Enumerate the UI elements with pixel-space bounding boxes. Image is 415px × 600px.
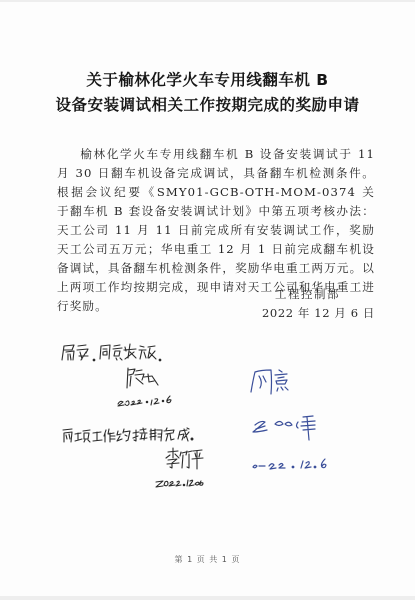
handwriting-approval-2-icon bbox=[60, 420, 220, 490]
signature-left-bottom: 两项工作均按期完成。 bbox=[60, 420, 220, 490]
document-page: 关于榆林化学火车专用线翻车机 B 设备安装调试相关工作按期完成的奖励申请 榆林化… bbox=[0, 2, 415, 596]
signature-left-top: 属实，同意发放。 bbox=[60, 338, 200, 408]
handwriting-approval-1-icon bbox=[60, 338, 200, 408]
issue-date: 2022 年 12 月 6 日 bbox=[262, 305, 375, 321]
document-title-line-1: 关于榆林化学火车专用线翻车机 B bbox=[0, 68, 415, 90]
document-title-line-2: 设备安装调试相关工作按期完成的奖励申请 bbox=[0, 93, 415, 115]
signature-right: 同意 bbox=[245, 362, 375, 477]
handwriting-approval-3-icon bbox=[245, 362, 375, 477]
issuing-department: 工程控制部 bbox=[275, 286, 340, 302]
page-number: 第 1 页 共 1 页 bbox=[0, 554, 415, 565]
